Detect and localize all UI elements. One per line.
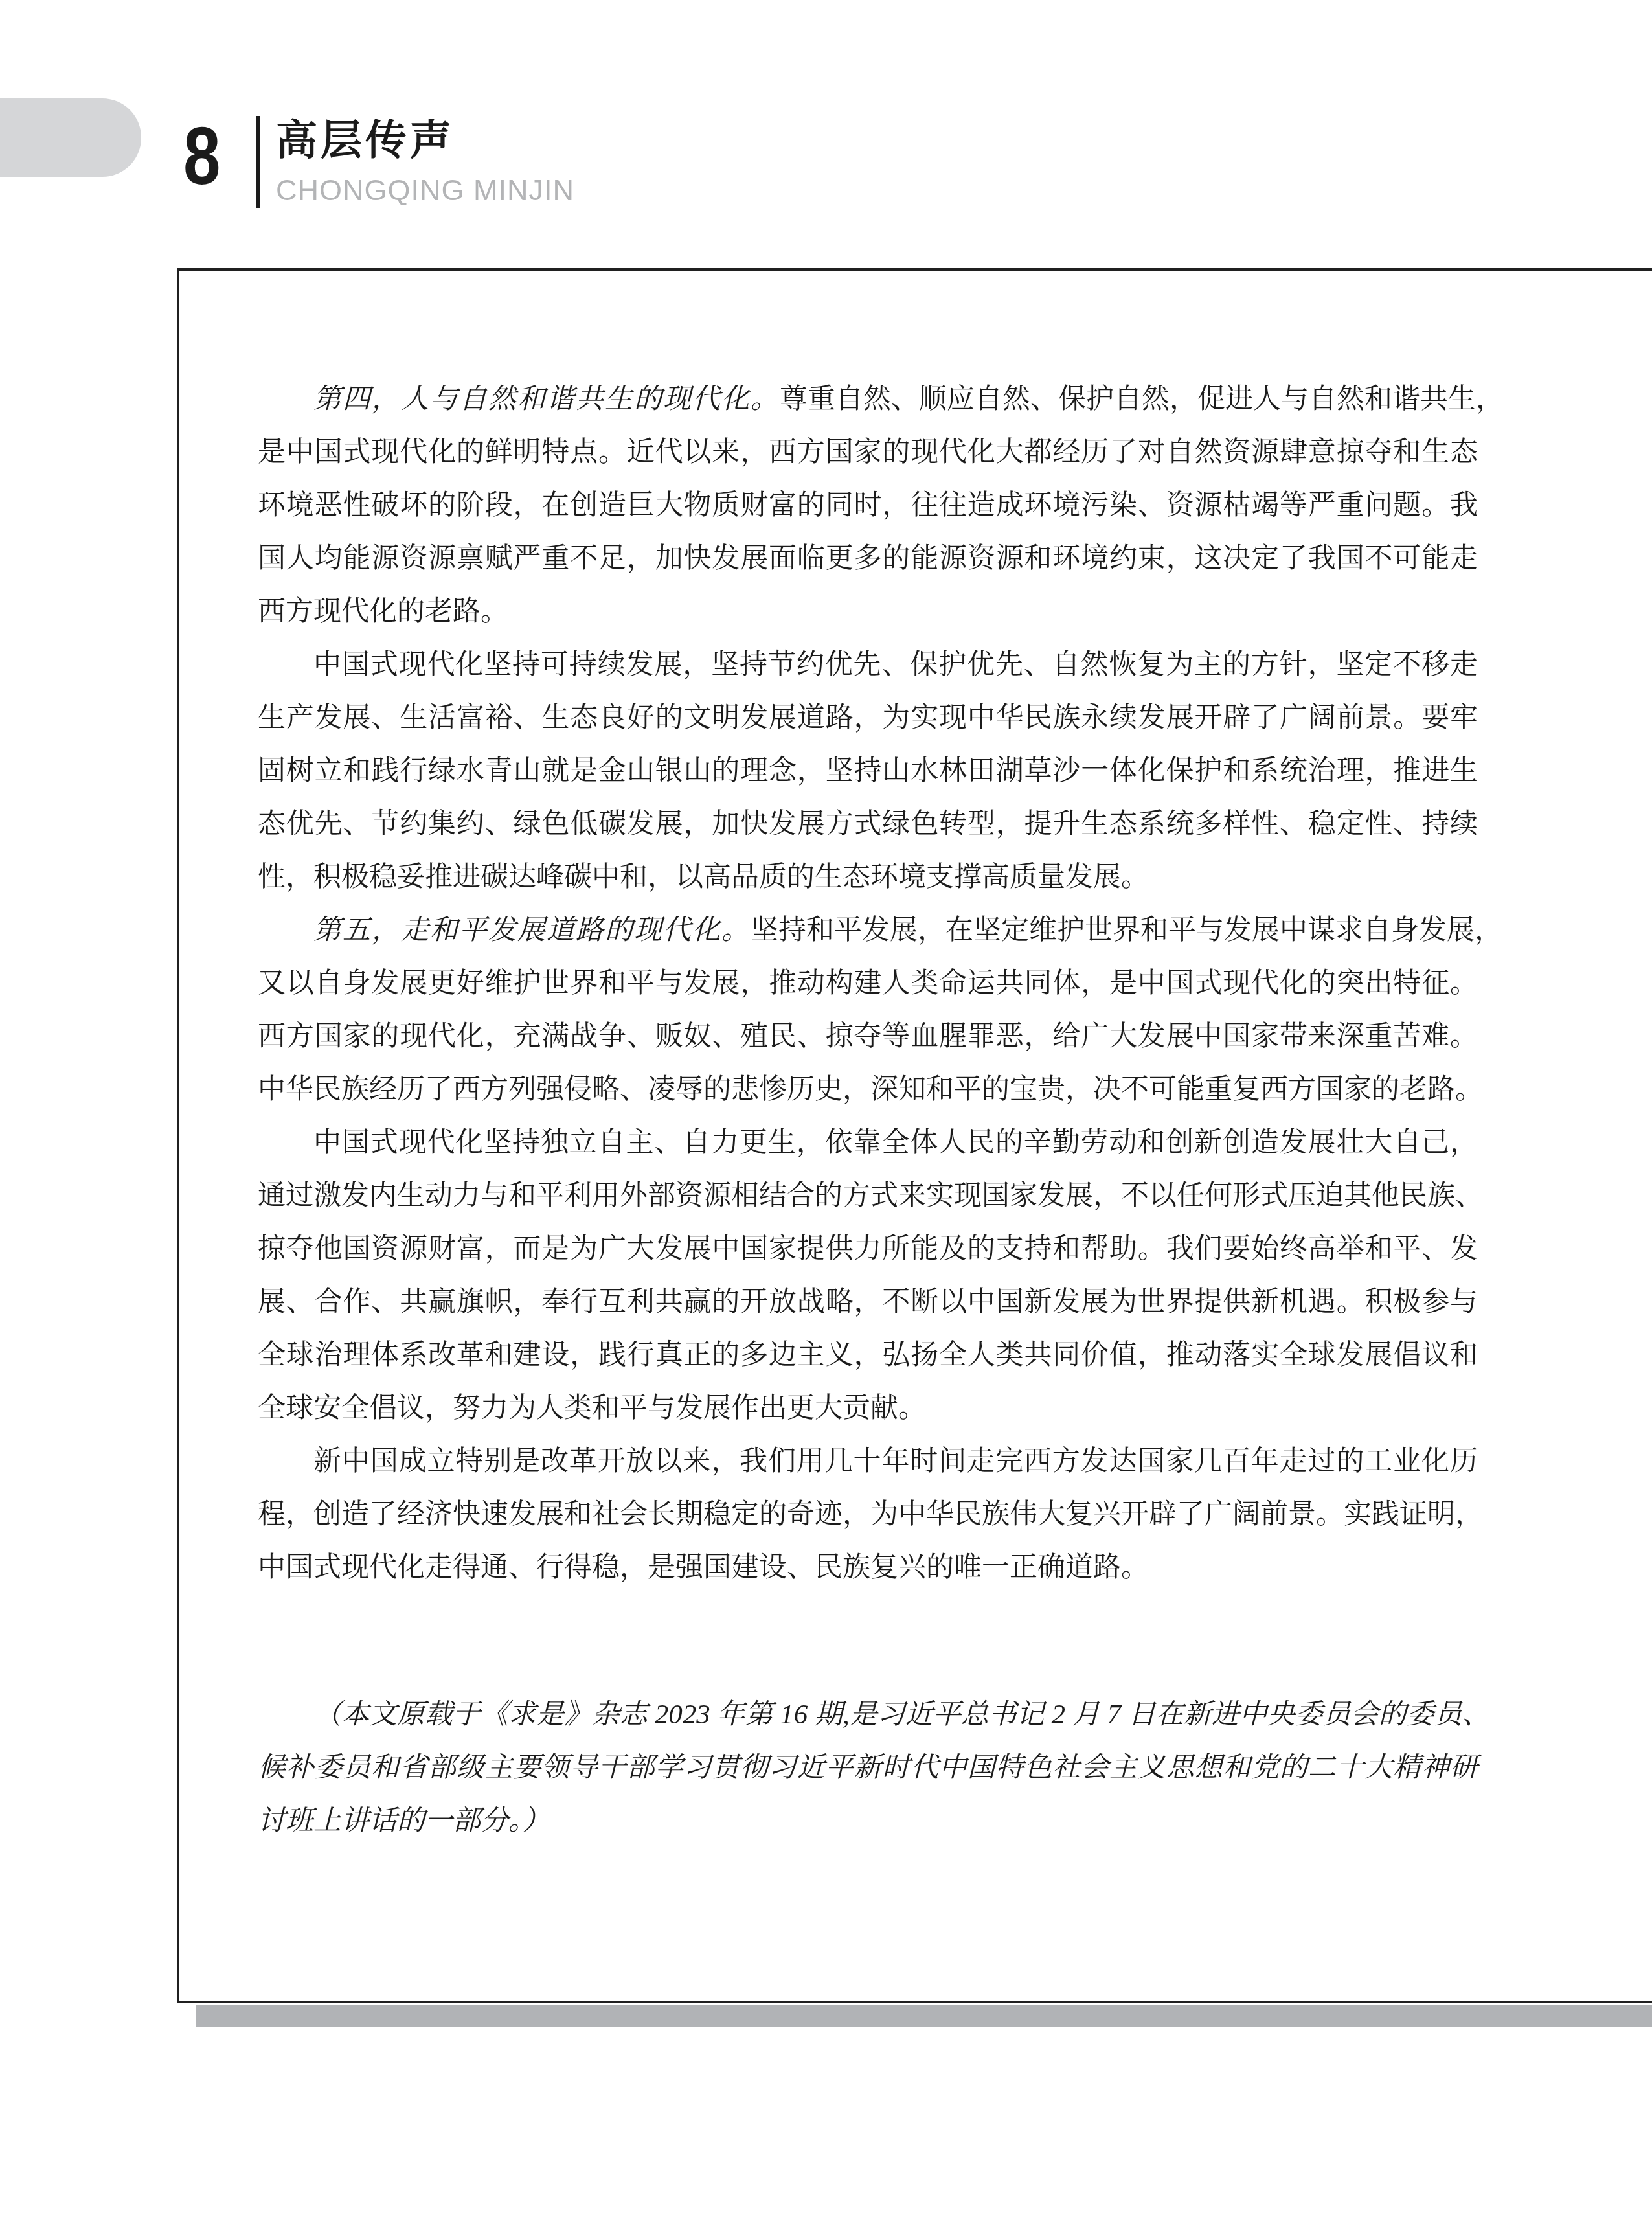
article-text-column: 第四，人与自然和谐共生的现代化。尊重自然、顺应自然、保护自然，促进人与自然和谐共… (258, 373, 1478, 1848)
article-line: 掠夺他国资源财富，而是为广大发展中国家提供力所能及的支持和帮助。我们要始终高举和… (258, 1223, 1478, 1276)
article-line: 又以自身发展更好维护世界和平与发展，推动构建人类命运共同体，是中国式现代化的突出… (258, 957, 1478, 1010)
line-text: 候补委员和省部级主要领导干部学习贯彻习近平新时代中国特色社会主义思想和党的二十大… (258, 1753, 1478, 1783)
article-line: 西方现代化的老路。 (258, 585, 1478, 639)
article-drop-shadow (196, 2005, 1652, 2027)
article-line: 程，创造了经济快速发展和社会长期稳定的奇迹，为中华民族伟大复兴开辟了广阔前景。实… (258, 1488, 1478, 1541)
corner-tab-decoration (0, 98, 141, 177)
article-line: 新中国成立特别是改革开放以来，我们用几十年时间走完西方发达国家几百年走过的工业化… (258, 1435, 1478, 1488)
article-line: 候补委员和省部级主要领导干部学习贯彻习近平新时代中国特色社会主义思想和党的二十大… (258, 1742, 1478, 1795)
article-line: 第四，人与自然和谐共生的现代化。尊重自然、顺应自然、保护自然，促进人与自然和谐共… (258, 373, 1478, 426)
article-line: 通过激发内生动力与和平利用外部资源相结合的方式来实现国家发展，不以任何形式压迫其… (258, 1170, 1478, 1223)
article-line: 讨班上讲话的一部分。） (258, 1795, 1478, 1848)
article-line: 生产发展、生活富裕、生态良好的文明发展道路，为实现中华民族永续发展开辟了广阔前景… (258, 692, 1478, 745)
article-line: 是中国式现代化的鲜明特点。近代以来，西方国家的现代化大都经历了对自然资源肆意掠夺… (258, 426, 1478, 479)
article-line: 西方国家的现代化，充满战争、贩奴、殖民、掠夺等血腥罪恶，给广大发展中国家带来深重… (258, 1010, 1478, 1063)
line-text: 掠夺他国资源财富，而是为广大发展中国家提供力所能及的支持和帮助。我们要始终高举和… (258, 1234, 1478, 1264)
line-text: 坚持和平发展，在坚定维护世界和平与发展中谋求自身发展， (751, 915, 1502, 946)
line-text: 尊重自然、顺应自然、保护自然，促进人与自然和谐共生， (780, 384, 1504, 415)
article-line: 全球治理体系改革和建设，践行真正的多边主义，弘扬全人类共同价值，推动落实全球发展… (258, 1329, 1478, 1382)
line-text: 环境恶性破坏的阶段，在创造巨大物质财富的同时，往往造成环境污染、资源枯竭等严重问… (258, 490, 1478, 521)
article-line: 第五，走和平发展道路的现代化。坚持和平发展，在坚定维护世界和平与发展中谋求自身发… (258, 904, 1478, 957)
line-text: 生产发展、生活富裕、生态良好的文明发展道路，为实现中华民族永续发展开辟了广阔前景… (258, 703, 1478, 733)
section-subtitle: CHONGQING MINJIN (276, 172, 574, 209)
line-text: 态优先、节约集约、绿色低碳发展，加快发展方式绿色转型，提升生态系统多样性、稳定性… (258, 809, 1478, 839)
header-divider (256, 116, 260, 208)
page-number: 8 (183, 115, 220, 197)
line-text: 国人均能源资源禀赋严重不足，加快发展面临更多的能源资源和环境约束，这决定了我国不… (258, 543, 1478, 574)
section-title: 高层传声 (276, 114, 455, 166)
paragraph-lead-phrase: 第四，人与自然和谐共生的现代化。 (313, 384, 780, 415)
article-line: 中国式现代化走得通、行得稳，是强国建设、民族复兴的唯一正确道路。 (258, 1541, 1478, 1595)
line-text: 西方国家的现代化，充满战争、贩奴、殖民、掠夺等血腥罪恶，给广大发展中国家带来深重… (258, 1021, 1478, 1052)
article-line: 固树立和践行绿水青山就是金山银山的理念，坚持山水林田湖草沙一体化保护和系统治理，… (258, 745, 1478, 798)
line-text: 又以自身发展更好维护世界和平与发展，推动构建人类命运共同体，是中国式现代化的突出… (258, 968, 1478, 999)
line-text: 新中国成立特别是改革开放以来，我们用几十年时间走完西方发达国家几百年走过的工业化… (313, 1446, 1478, 1477)
article-line: 中国式现代化坚持独立自主、自力更生，依靠全体人民的辛勤劳动和创新创造发展壮大自己… (258, 1117, 1478, 1170)
line-text: 是中国式现代化的鲜明特点。近代以来，西方国家的现代化大都经历了对自然资源肆意掠夺… (258, 437, 1478, 468)
article-line: 态优先、节约集约、绿色低碳发展，加快发展方式绿色转型，提升生态系统多样性、稳定性… (258, 798, 1478, 851)
line-text: 固树立和践行绿水青山就是金山银山的理念，坚持山水林田湖草沙一体化保护和系统治理，… (258, 756, 1478, 786)
magazine-page: 8 高层传声 CHONGQING MINJIN 第四，人与自然和谐共生的现代化。… (0, 0, 1652, 2226)
line-text: 全球安全倡议，努力为人类和平与发展作出更大贡献。 (258, 1393, 926, 1424)
article-line: 中华民族经历了西方列强侵略、凌辱的悲惨历史，深知和平的宝贵，决不可能重复西方国家… (258, 1063, 1478, 1117)
article-line: （本文原载于《求是》杂志 2023 年第 16 期,是习近平总书记 2 月 7 … (258, 1688, 1478, 1742)
paragraph-lead-phrase: 第五，走和平发展道路的现代化。 (313, 915, 751, 946)
article-line: 中国式现代化坚持可持续发展，坚持节约优先、保护优先、自然恢复为主的方针，坚定不移… (258, 639, 1478, 692)
line-text: 通过激发内生动力与和平利用外部资源相结合的方式来实现国家发展，不以任何形式压迫其… (258, 1181, 1483, 1211)
line-text: 性，积极稳妥推进碳达峰碳中和，以高品质的生态环境支撑高质量发展。 (258, 862, 1149, 892)
article-line: 展、合作、共赢旗帜，奉行互利共赢的开放战略，不断以中国新发展为世界提供新机遇。积… (258, 1276, 1478, 1329)
article-line: 全球安全倡议，努力为人类和平与发展作出更大贡献。 (258, 1382, 1478, 1435)
line-text: 中国式现代化坚持可持续发展，坚持节约优先、保护优先、自然恢复为主的方针，坚定不移… (313, 650, 1478, 680)
line-text: 中华民族经历了西方列强侵略、凌辱的悲惨历史，深知和平的宝贵，决不可能重复西方国家… (258, 1074, 1483, 1105)
line-text: 中国式现代化走得通、行得稳，是强国建设、民族复兴的唯一正确道路。 (258, 1552, 1149, 1583)
article-line: 国人均能源资源禀赋严重不足，加快发展面临更多的能源资源和环境约束，这决定了我国不… (258, 532, 1478, 585)
line-text: 讨班上讲话的一部分。） (258, 1806, 550, 1836)
line-text: 中国式现代化坚持独立自主、自力更生，依靠全体人民的辛勤劳动和创新创造发展壮大自己… (313, 1128, 1478, 1158)
article-line: 环境恶性破坏的阶段，在创造巨大物质财富的同时，往往造成环境污染、资源枯竭等严重问… (258, 479, 1478, 532)
line-text: 展、合作、共赢旗帜，奉行互利共赢的开放战略，不断以中国新发展为世界提供新机遇。积… (258, 1287, 1478, 1317)
line-text: 西方现代化的老路。 (258, 596, 508, 627)
line-text: （本文原载于《求是》杂志 2023 年第 16 期,是习近平总书记 2 月 7 … (313, 1699, 1490, 1730)
line-text: 程，创造了经济快速发展和社会长期稳定的奇迹，为中华民族伟大复兴开辟了广阔前景。实… (258, 1499, 1483, 1530)
article-line: 性，积极稳妥推进碳达峰碳中和，以高品质的生态环境支撑高质量发展。 (258, 851, 1478, 904)
line-text: 全球治理体系改革和建设，践行真正的多边主义，弘扬全人类共同价值，推动落实全球发展… (258, 1340, 1478, 1370)
